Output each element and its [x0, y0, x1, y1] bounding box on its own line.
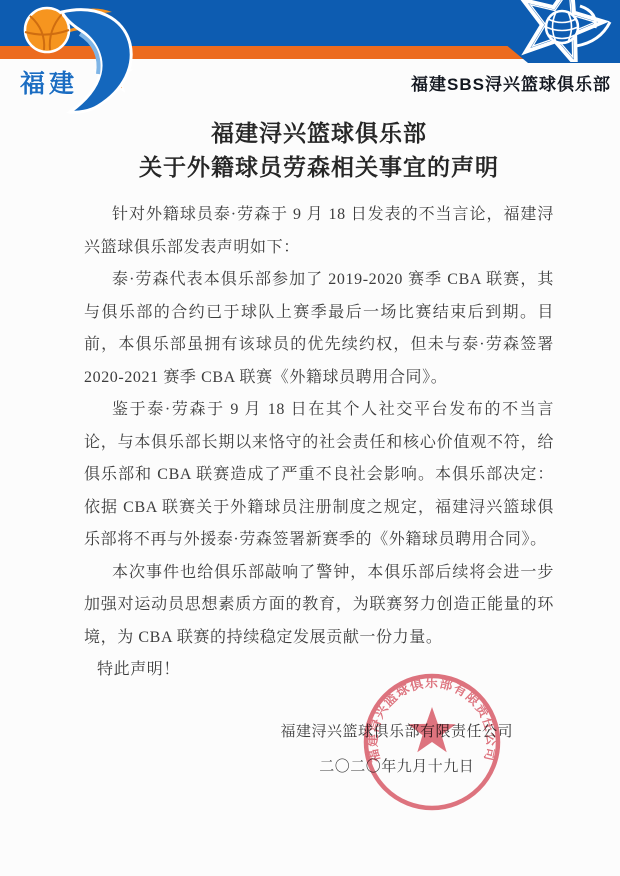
paragraph-4: 本次事件也给俱乐部敲响了警钟，本俱乐部后续将会进一步加强对运动员思想素质方面的教…: [84, 557, 554, 655]
statement-body: 针对外籍球员泰·劳森于 9 月 18 日发表的不当言论，福建浔兴篮球俱乐部发表声…: [84, 199, 554, 687]
signature-company: 福建浔兴篮球俱乐部有限责任公司: [280, 715, 513, 750]
statement-page: 福建 福建SBS浔兴篮球俱乐部 福建浔兴篮球俱乐部 关于外籍球员劳森相关事宜的声…: [0, 0, 620, 876]
paragraph-1: 针对外籍球员泰·劳森于 9 月 18 日发表的不当言论，福建浔兴篮球俱乐部发表声…: [84, 199, 554, 264]
title-line-1: 福建浔兴篮球俱乐部: [84, 117, 554, 151]
statement-document: 福建浔兴篮球俱乐部 关于外籍球员劳森相关事宜的声明 针对外籍球员泰·劳森于 9 …: [0, 0, 620, 785]
paragraph-3: 鉴于泰·劳森于 9 月 18 日在其个人社交平台发布的不当言论，与本俱乐部长期以…: [84, 394, 554, 557]
title-line-2: 关于外籍球员劳森相关事宜的声明: [84, 151, 554, 185]
closing-line: 特此声明！: [84, 654, 554, 687]
paragraph-2: 泰·劳森代表本俱乐部参加了 2019-2020 赛季 CBA 联赛，其与俱乐部的…: [84, 264, 554, 394]
signature-block: 福建浔兴篮球俱乐部有限责任公司 二〇二〇年九月十九日: [280, 715, 513, 785]
statement-title: 福建浔兴篮球俱乐部 关于外籍球员劳森相关事宜的声明: [84, 117, 554, 185]
signature-date: 二〇二〇年九月十九日: [280, 750, 513, 785]
